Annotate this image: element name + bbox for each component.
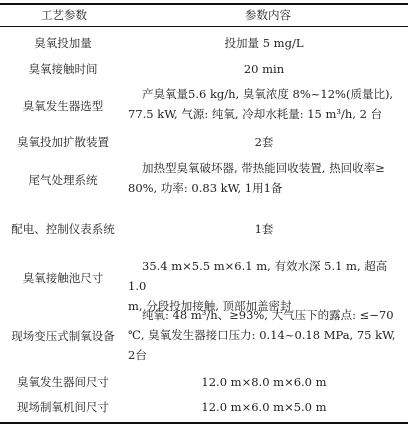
- table-row: 配电、控制仪表系统 1套: [0, 219, 408, 241]
- table-row: 臭氧投加量 投加量 5 mg/L: [0, 33, 408, 55]
- row-param: 现场制氧机间尺寸: [0, 399, 126, 415]
- row-param: 臭氧接触时间: [0, 61, 126, 77]
- table-bottom-rule: [0, 422, 408, 424]
- row-content: 加热型臭氧破坏器, 带热能回收装置, 热回收率≥ 80%, 功率: 0.83 k…: [128, 158, 400, 198]
- row-content: 12.0 m×8.0 m×6.0 m: [128, 372, 400, 392]
- header-process-parameter: 工艺参数: [0, 5, 128, 26]
- row-param: 臭氧发生器间尺寸: [0, 374, 126, 390]
- table-row: 臭氧发生器选型 产臭氧量5.6 kg/h, 臭氧浓度 8%~12%(质量比), …: [0, 84, 408, 130]
- table-row: 臭氧接触池尺寸 35.4 m×5.5 m×6.1 m, 有效水深 5.1 m, …: [0, 256, 408, 302]
- row-content: 产臭氧量5.6 kg/h, 臭氧浓度 8%~12%(质量比), 77.5 kW,…: [128, 84, 400, 124]
- row-content: 1套: [128, 219, 400, 239]
- header-rule: [0, 26, 408, 27]
- row-param: 臭氧接触池尺寸: [0, 270, 126, 286]
- row-content: 20 min: [128, 59, 400, 79]
- row-param: 现场变压式制氧设备: [0, 328, 126, 344]
- row-content: 12.0 m×6.0 m×5.0 m: [128, 397, 400, 417]
- table-row: 臭氧接触时间 20 min: [0, 59, 408, 81]
- row-content: 2套: [128, 132, 400, 152]
- row-content: 投加量 5 mg/L: [128, 33, 400, 53]
- table-row: 现场制氧机间尺寸 12.0 m×6.0 m×5.0 m: [0, 397, 408, 419]
- table-row: 臭氧发生器间尺寸 12.0 m×8.0 m×6.0 m: [0, 372, 408, 394]
- table-row: 尾气处理系统 加热型臭氧破坏器, 带热能回收装置, 热回收率≥ 80%, 功率:…: [0, 158, 408, 204]
- row-content: 纯氧: 48 m³/h、≥93%, 大气压下的露点: ≤−70 ℃, 臭氧发生器…: [128, 305, 400, 365]
- table-row: 现场变压式制氧设备 纯氧: 48 m³/h、≥93%, 大气压下的露点: ≤−7…: [0, 305, 408, 371]
- table-row: 臭氧投加扩散装置 2套: [0, 132, 408, 154]
- row-param: 配电、控制仪表系统: [0, 221, 126, 237]
- header-parameter-content: 参数内容: [128, 5, 408, 26]
- row-param: 尾气处理系统: [0, 172, 126, 188]
- row-param: 臭氧发生器选型: [0, 98, 126, 114]
- row-param: 臭氧投加扩散装置: [0, 134, 126, 150]
- row-param: 臭氧投加量: [0, 35, 126, 51]
